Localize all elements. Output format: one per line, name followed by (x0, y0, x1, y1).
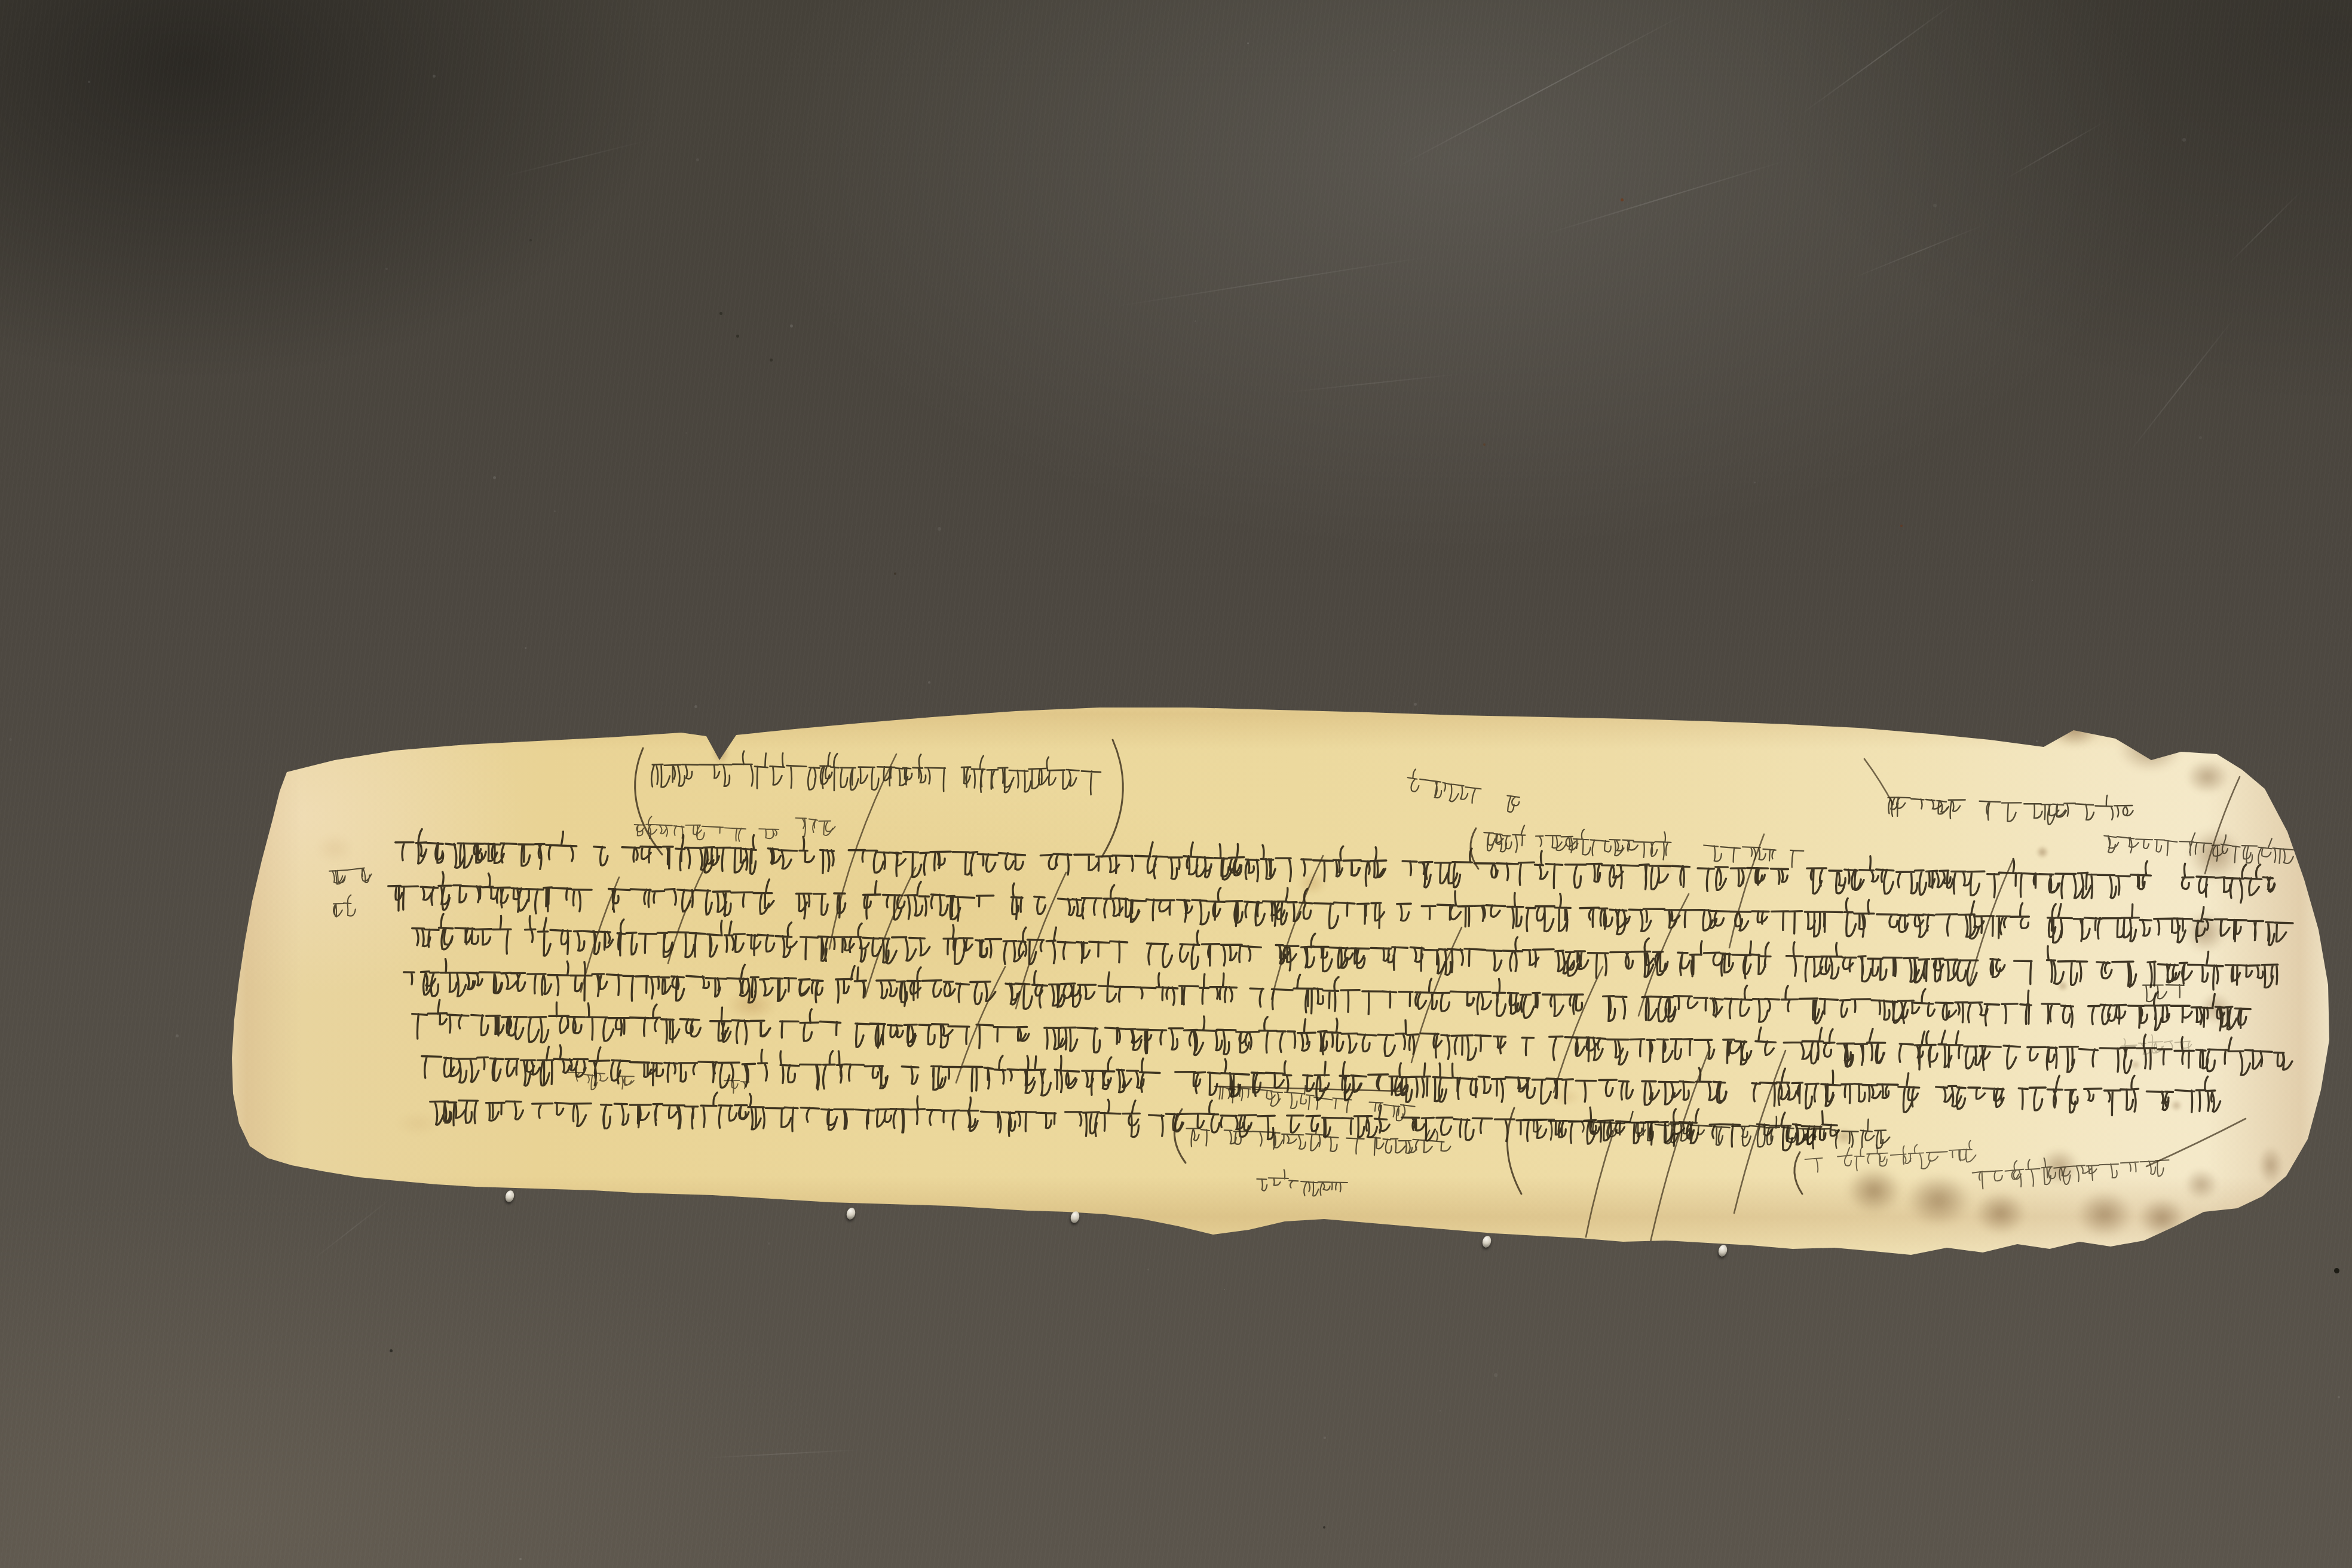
board-scratch (705, 1449, 860, 1459)
board-scratch (1394, 11, 1689, 170)
board-dust-speck (1393, 50, 1395, 51)
board-scratch (498, 140, 650, 179)
board-dust-speck (433, 75, 436, 78)
board-dust-speck (1224, 1289, 1225, 1290)
board-dust-speck (9, 738, 12, 741)
margin-folio-number (332, 898, 350, 918)
board-speck (736, 335, 739, 338)
board-dust-speck (176, 1034, 179, 1037)
margin-folio-word (320, 864, 360, 887)
board-speck (390, 1349, 393, 1352)
board-dust-speck (790, 324, 793, 327)
board-speck (1323, 1526, 1325, 1529)
board-scratch (1541, 160, 1787, 236)
below-line-digits-a (566, 1066, 633, 1091)
interline-digits-b (794, 811, 837, 839)
board-dust-speck (1494, 1373, 1497, 1377)
board-dust-speck (88, 81, 90, 83)
board-scratch (1113, 256, 1432, 307)
board-dust-speck (1414, 703, 1417, 706)
board-dust-speck (2032, 580, 2033, 581)
board-dust-speck (1933, 204, 1937, 207)
board-dust-speck (685, 432, 687, 434)
note-chuni-number (1255, 1171, 1346, 1199)
board-dust-speck (1754, 482, 1756, 483)
board-dust-speck (696, 158, 699, 161)
board-speck (2334, 1268, 2339, 1273)
board-dust-speck (2338, 1396, 2340, 1398)
paper-stain (308, 828, 362, 869)
board-scratch (2004, 120, 2108, 180)
board-dust-speck (519, 1558, 522, 1560)
board-dust-speck (1440, 1410, 1441, 1411)
board-dust-speck (1848, 1419, 1849, 1420)
board-dust-speck (1147, 1269, 1149, 1270)
header-invocation (651, 754, 1105, 794)
board-dust-speck (1247, 42, 1249, 44)
board-speck (1621, 198, 1624, 201)
board-speck (529, 239, 532, 241)
below-line-digits-b (723, 1074, 746, 1095)
board-speck (1900, 525, 1903, 527)
board-dust-speck (938, 527, 941, 531)
board-dust-speck (525, 647, 526, 649)
board-speck (770, 359, 773, 362)
photo-stage (0, 0, 2352, 1568)
paper-stain (1965, 1183, 2036, 1243)
board-dust-speck (2199, 436, 2202, 439)
board-dust-speck (2182, 138, 2186, 142)
board-scratch (1799, 0, 1959, 116)
paper-stain (2178, 1162, 2225, 1207)
board-scratch (1851, 224, 1984, 279)
board-scratch (2126, 315, 2237, 457)
board-scratch (2227, 189, 2304, 267)
board-dust-speck (2216, 215, 2218, 216)
board-scratch (1285, 373, 1464, 393)
board-speck (894, 572, 896, 575)
board-dust-speck (493, 476, 496, 479)
board-speck (719, 312, 722, 315)
board-dust-speck (554, 510, 556, 512)
right-margin-mark (2142, 976, 2175, 1004)
board-dust-speck (694, 705, 697, 708)
board-dust-speck (928, 681, 930, 684)
board-speck (1483, 443, 1486, 446)
board-dust-speck (385, 268, 388, 270)
board-dust-speck (1324, 1437, 1326, 1439)
paper-stain (2033, 843, 2051, 861)
board-dust-speck (768, 1242, 770, 1245)
board-dust-speck (2036, 740, 2038, 742)
board-dust-speck (1195, 320, 1196, 322)
board-scratch (310, 1195, 395, 1262)
